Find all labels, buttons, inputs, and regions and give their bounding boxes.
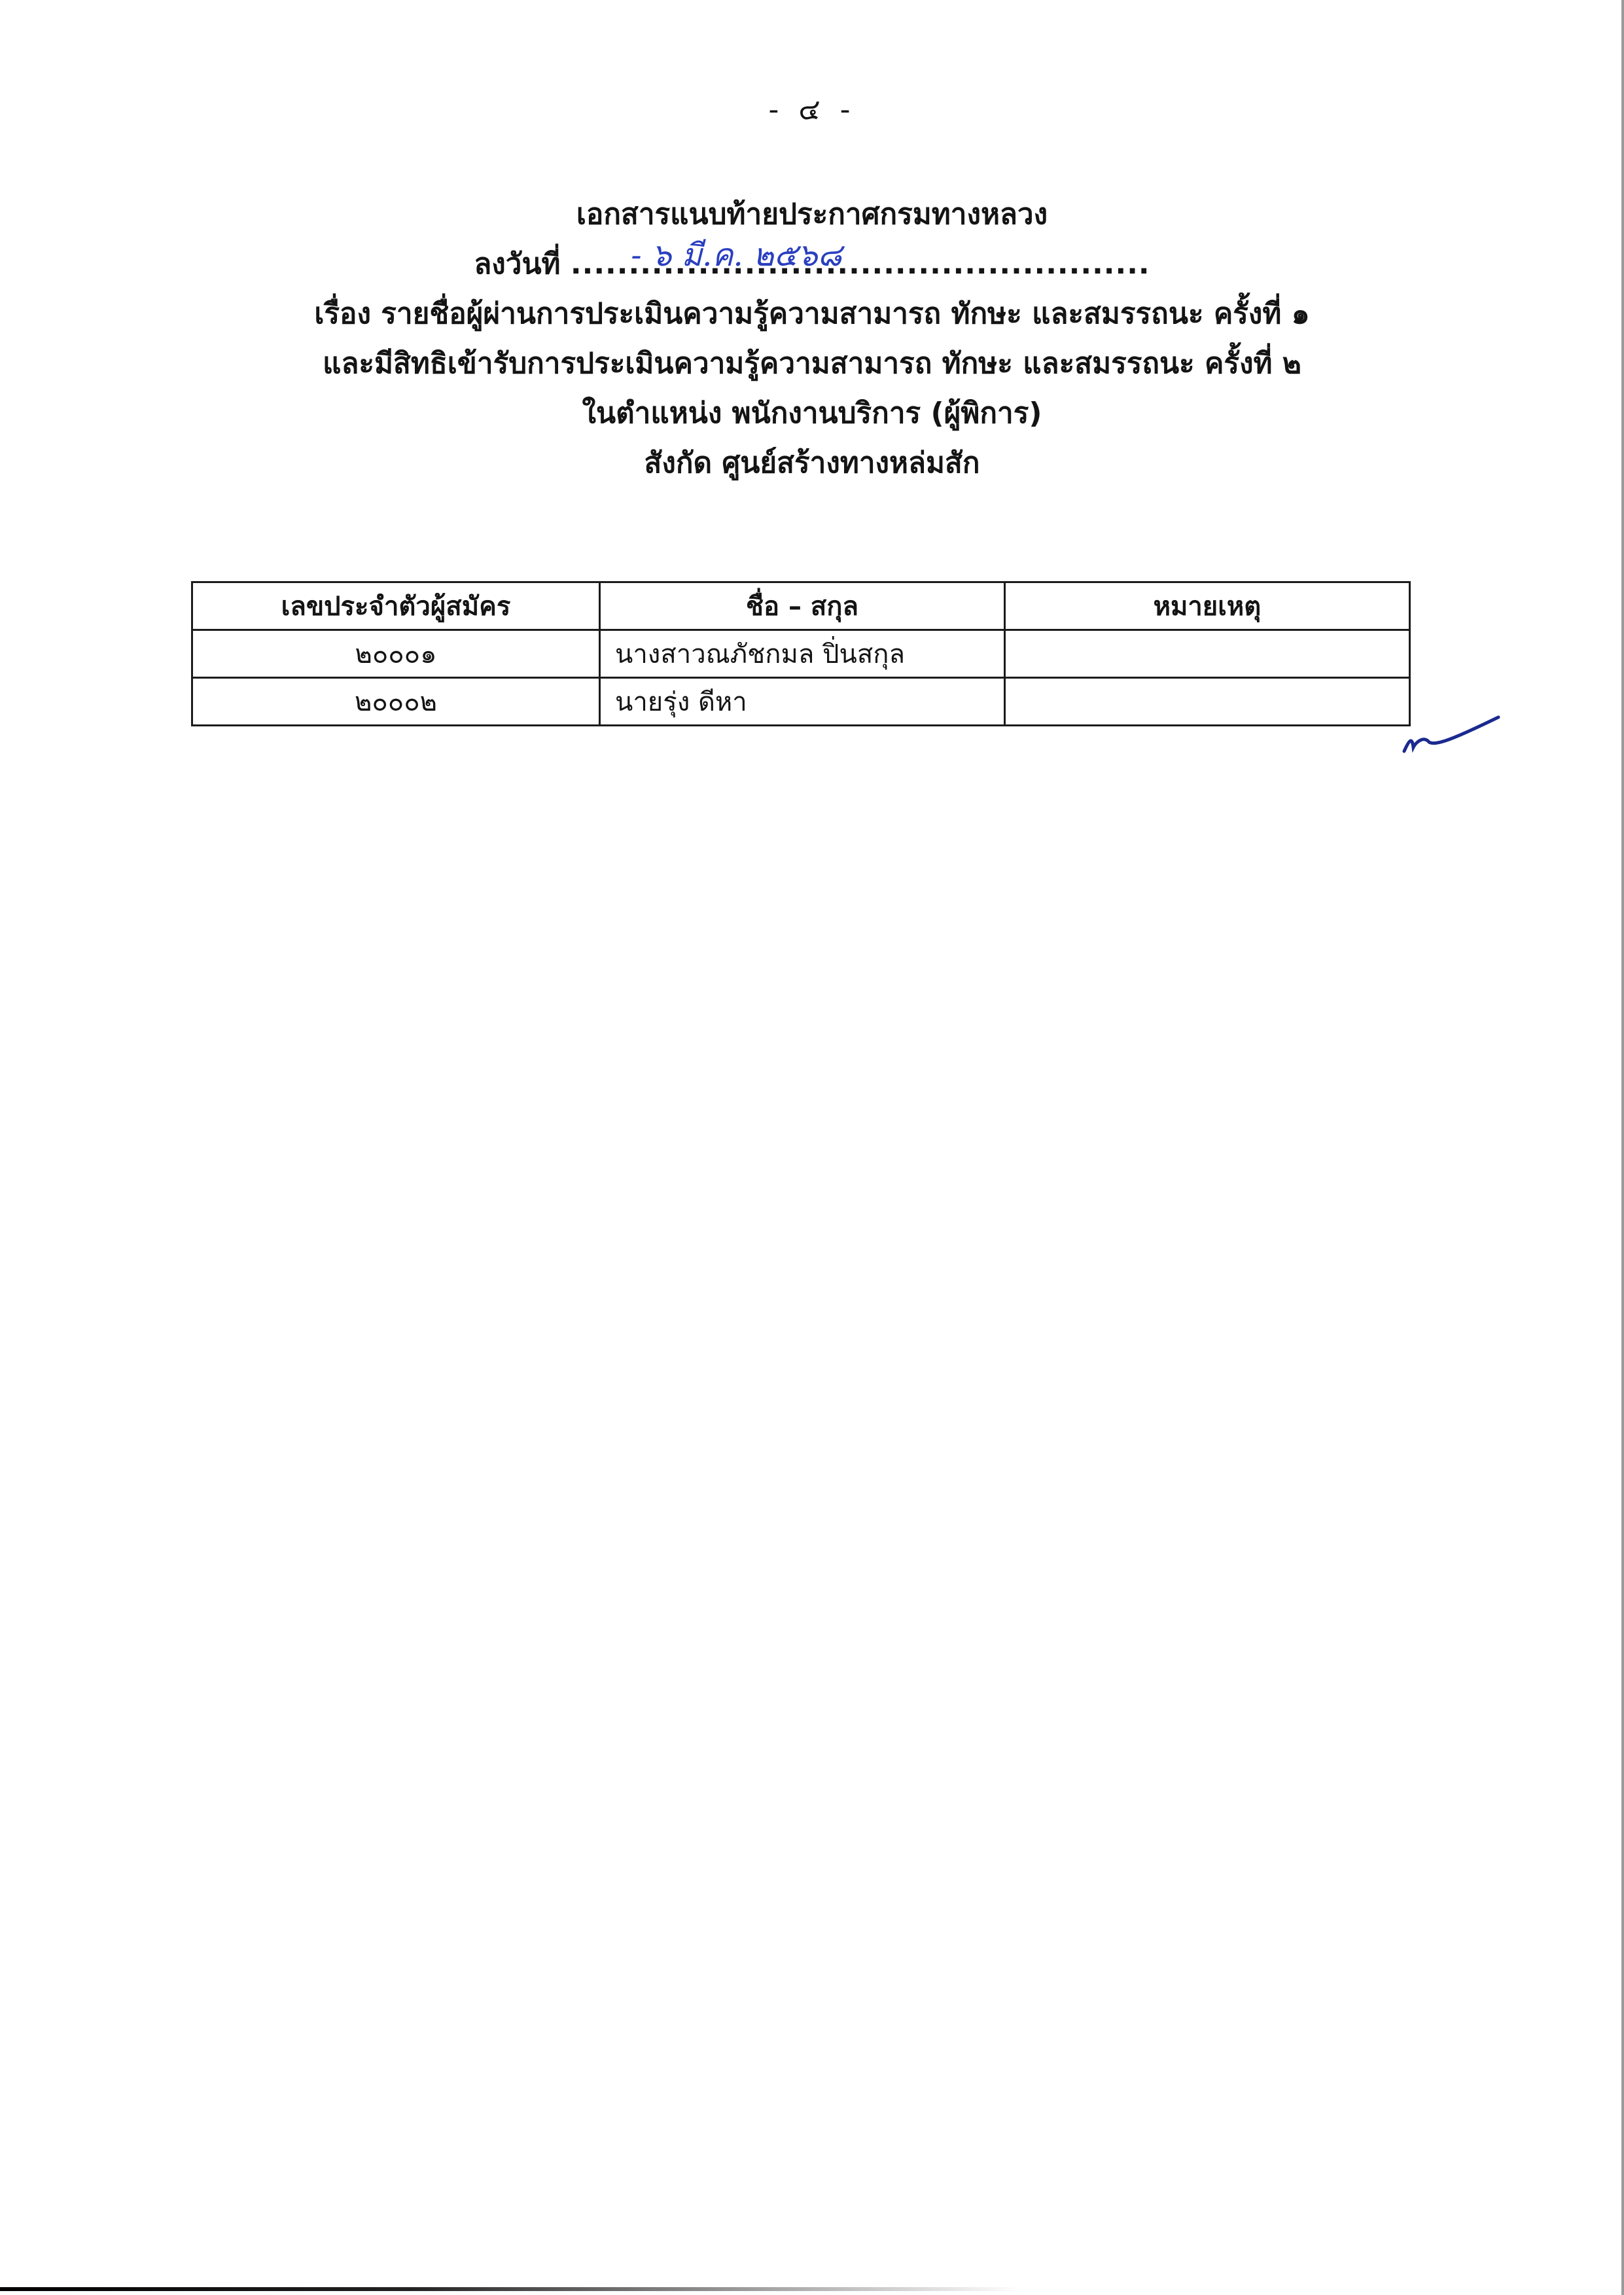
full-name-cell: นายรุ่ง ดีหา	[599, 678, 1004, 726]
signature-icon	[1400, 713, 1505, 759]
date-label: ลงวันที่	[474, 247, 560, 281]
table-header-row: เลขประจำตัวผู้สมัคร ชื่อ – สกุล หมายเหตุ	[192, 582, 1410, 630]
table-row: ๒๐๐๐๑ นางสาวณภัชกมล ปิ่นสกุล	[192, 630, 1410, 678]
affiliation-line: สังกัด ศูนย์สร้างทางหล่มสัก	[0, 438, 1624, 488]
scan-right-edge	[1621, 0, 1624, 2295]
applicant-id-cell: ๒๐๐๐๒	[192, 678, 600, 726]
column-header-full-name: ชื่อ – สกุล	[599, 582, 1004, 630]
remarks-cell	[1004, 678, 1409, 726]
subject-line-continued: และมีสิทธิเข้ารับการประเมินความรู้ความสา…	[0, 339, 1624, 389]
applicants-table: เลขประจำตัวผู้สมัคร ชื่อ – สกุล หมายเหตุ…	[191, 581, 1411, 726]
scan-bottom-edge	[0, 2287, 1021, 2291]
table-row: ๒๐๐๐๒ นายรุ่ง ดีหา	[192, 678, 1410, 726]
column-header-applicant-id: เลขประจำตัวผู้สมัคร	[192, 582, 600, 630]
remarks-cell	[1004, 630, 1409, 678]
handwritten-date: - ๖ มี.ค. ๒๕๖๘	[631, 230, 841, 280]
page-number: - ๔ -	[0, 86, 1624, 132]
document-header: เอกสารแนบท้ายประกาศกรมทางหลวง ลงวันที่ .…	[0, 190, 1624, 488]
position-line: ในตำแหน่ง พนักงานบริการ (ผู้พิการ)	[0, 389, 1624, 438]
applicant-id-cell: ๒๐๐๐๑	[192, 630, 600, 678]
column-header-remarks: หมายเหตุ	[1004, 582, 1409, 630]
full-name-cell: นางสาวณภัชกมล ปิ่นสกุล	[599, 630, 1004, 678]
subject-line: เรื่อง รายชื่อผู้ผ่านการประเมินความรู้คว…	[0, 289, 1624, 339]
date-line: ลงวันที่ ...............................…	[0, 240, 1624, 289]
